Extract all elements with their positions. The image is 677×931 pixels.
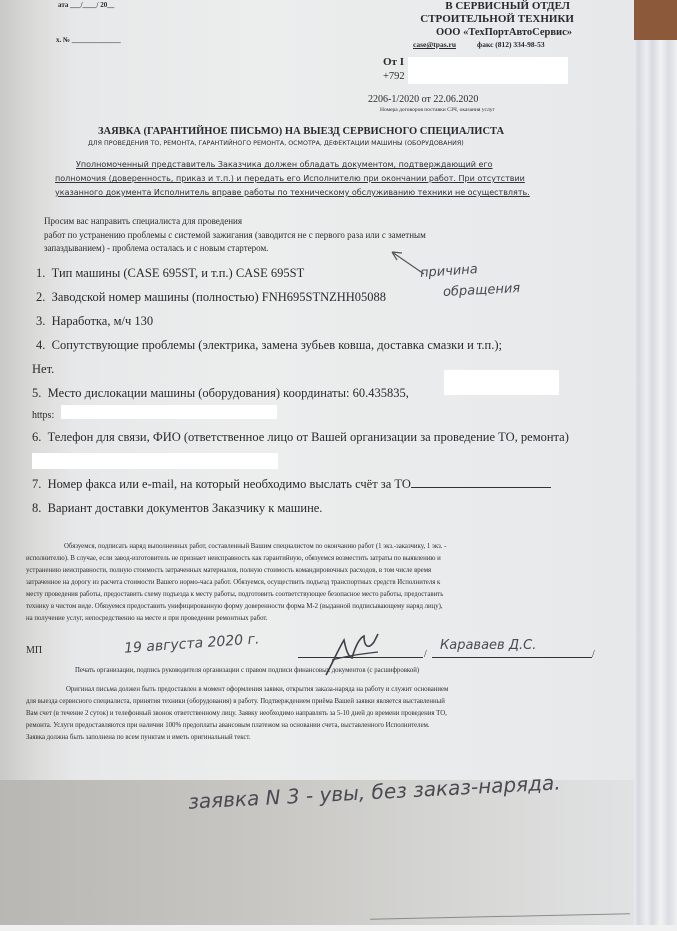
obligation-line: технику в чистом виде. Обязуемся предост… [26, 603, 443, 610]
wooden-desk-background [627, 0, 677, 45]
item-invoice-contact: 7. Номер факса или e-mail, на который не… [32, 477, 551, 492]
sender-phone: +792 [383, 71, 405, 82]
document-page: ата ___/____/ 20__ х. № ______________ В… [0, 0, 634, 925]
request-line-1: Просим вас направить специалиста для про… [44, 216, 242, 226]
item-contact-person: 6. Телефон для связи, ФИО (ответственное… [32, 430, 569, 445]
original-line: Вам счет (в течение 2 суток) и телефонны… [26, 710, 447, 717]
addressee-line-1: В СЕРВИСНЫЙ ОТДЕЛ [350, 0, 570, 12]
redaction-box [444, 370, 559, 395]
outgoing-number-field: х. № ______________ [56, 36, 121, 44]
original-line: для выезда сервисного специалиста, приня… [26, 698, 445, 705]
handwritten-reason-1: причина [420, 262, 479, 281]
obligation-line: исполнителю). В случае, если завод-изгот… [26, 555, 441, 562]
handwritten-date: 19 августа 2020 г. [124, 631, 260, 656]
item-operating-hours: 3. Наработка, м/ч 130 [36, 314, 153, 329]
document-title: ЗАЯВКА (ГАРАНТИЙНОЕ ПИСЬМО) НА ВЫЕЗД СЕР… [98, 126, 504, 137]
item-location-link: https: [32, 410, 54, 421]
handwritten-reason-2: обращения [443, 281, 521, 300]
sender-from: От I [383, 56, 404, 68]
contract-caption: Номера договоров поставки СЗЧ, оказания … [380, 107, 495, 113]
addressee-fax: факс (812) 334-98-53 [477, 40, 545, 49]
addressee-company: ООО «ТехПортАвтоСервис» [332, 27, 572, 38]
item-machine-type: 1. Тип машины (CASE 695ST, и т.п.) CASE … [36, 266, 304, 281]
notice-line-3: указанного документа Исполнитель вправе … [55, 186, 530, 200]
ref-blank: ______________ [72, 36, 121, 44]
redaction-box [61, 405, 277, 419]
notice-line-2: полномочия (доверенность, приказ и т.п.)… [55, 172, 525, 186]
signature-separator: / [592, 649, 595, 660]
obligation-line: на получение услуг, непосредственно на м… [26, 615, 268, 622]
addressee-line-2: СТРОИТЕЛЬНОЙ ТЕХНИКИ [334, 13, 574, 25]
stamp-label: МП [26, 645, 42, 656]
original-line: Заявка должна быть заполнена по всем пун… [26, 734, 251, 741]
addressee-email: case@tpas.ru [413, 40, 456, 49]
obligation-line: Обязуемся, подписать наряд выполненных р… [64, 543, 446, 550]
handwritten-name: Караваев Д.С. [440, 638, 536, 653]
notice-line-1: Уполномоченный представитель Заказчика д… [76, 158, 493, 172]
item-serial-number: 2. Заводской номер машины (полностью) FN… [36, 290, 386, 305]
bottom-border [0, 925, 677, 931]
request-line-3: запаздыванием) - проблема осталась и с н… [44, 243, 268, 253]
original-line: Оригинал письма должен быть предоставлен… [66, 686, 448, 693]
obligation-line: месту проведения работы, предоставить сх… [26, 591, 443, 598]
contract-number: 2206-1/2020 от 22.06.2020 [368, 94, 478, 105]
obligation-line: затраченное на дорогу из расчета стоимос… [26, 579, 440, 586]
document-subtitle: ДЛЯ ПРОВЕДЕНИЯ ТО, РЕМОНТА, ГАРАНТИЙНОГО… [88, 140, 464, 147]
name-line [432, 657, 592, 658]
date-field: ата ___/____/ 20__ [58, 1, 114, 9]
redaction-box [408, 57, 568, 84]
signature-separator: / [424, 649, 427, 660]
item-related-problems: 4. Сопутствующие проблемы (электрика, за… [36, 338, 502, 353]
ref-label: х. № [56, 36, 70, 44]
item-location: 5. Место дислокации машины (оборудования… [32, 386, 409, 401]
redaction-box [32, 453, 278, 469]
signature-caption: Печать организации, подпись руководителя… [75, 667, 419, 674]
item-document-delivery: 8. Вариант доставки документов Заказчику… [32, 501, 322, 516]
date-label: ата [58, 1, 68, 9]
obligation-line: устранению неисправности, полную стоимос… [26, 567, 431, 574]
date-blank: ___/____/ 20__ [70, 1, 114, 9]
original-line: ремонта. Услуги предоставляются при нали… [26, 722, 430, 729]
request-line-2: работ по устранению проблемы с системой … [44, 230, 426, 240]
item-related-problems-answer: Нет. [32, 362, 54, 377]
